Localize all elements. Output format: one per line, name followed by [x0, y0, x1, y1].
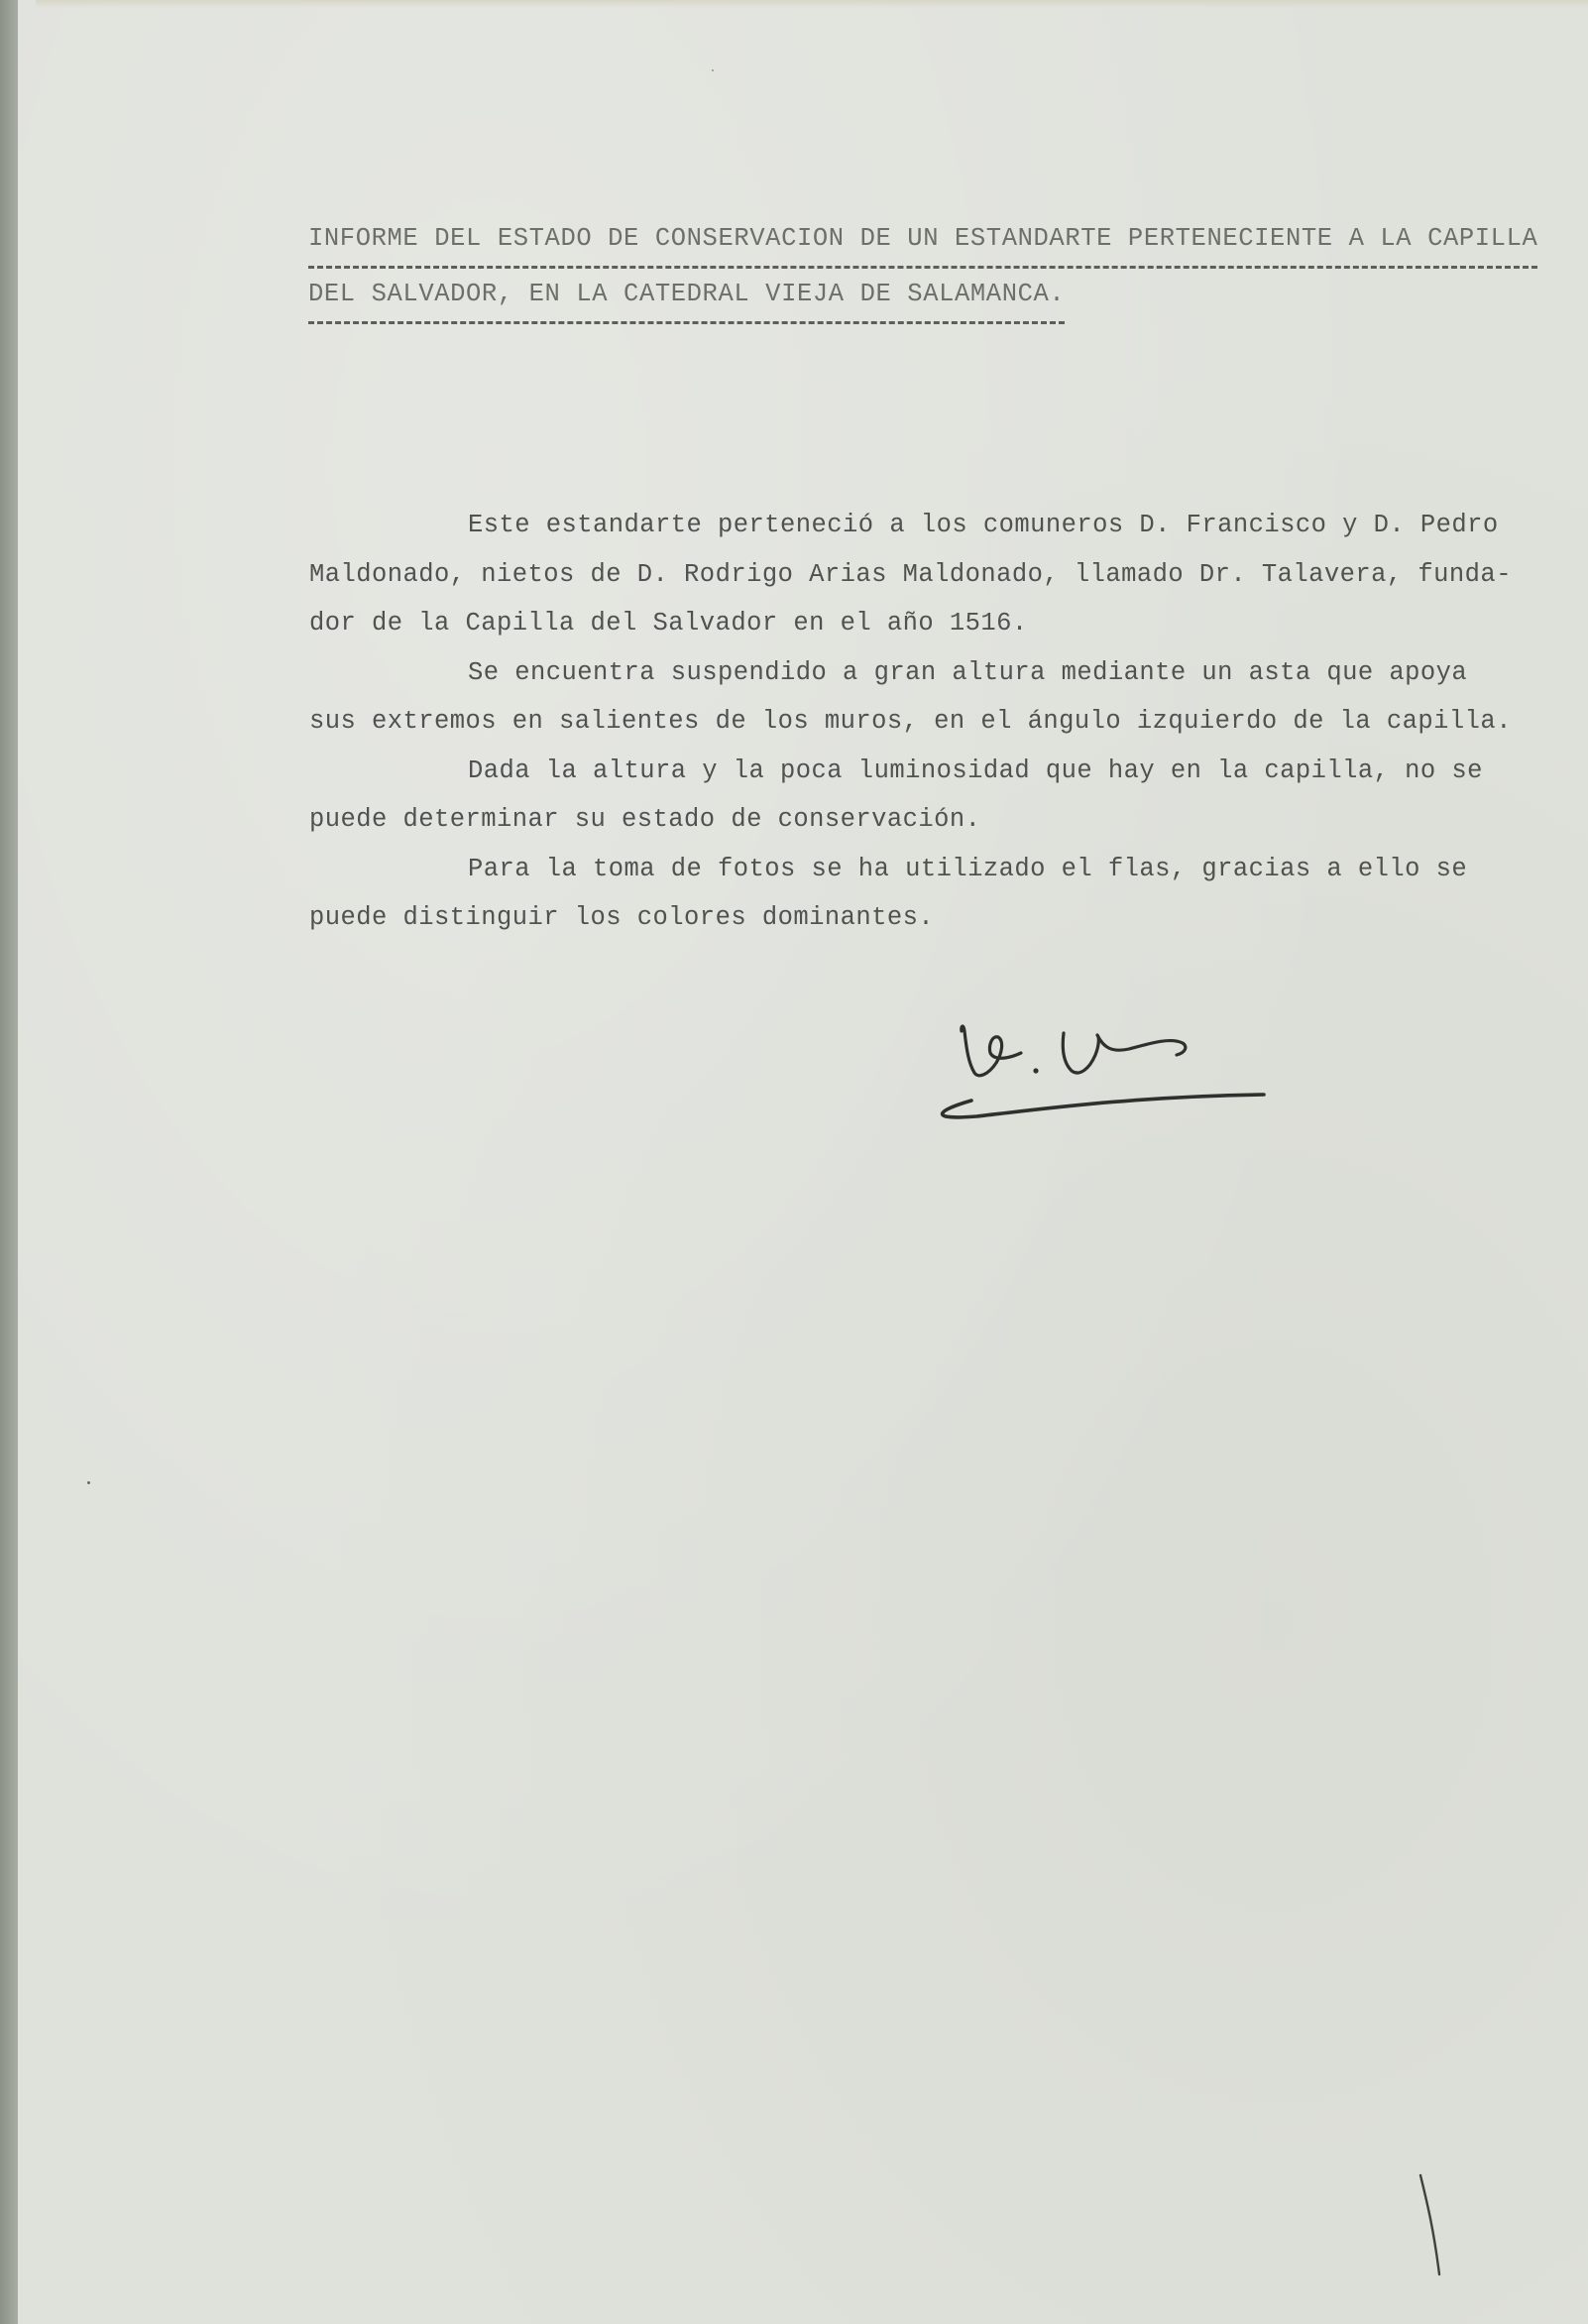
- paragraph-3: Dada la altura y la poca luminosidad que…: [309, 747, 1548, 845]
- title-line-1: INFORME DEL ESTADO DE CONSERVACION DE UN…: [308, 213, 1537, 269]
- title-line-2: DEL SALVADOR, EN LA CATEDRAL VIEJA DE SA…: [308, 269, 1065, 324]
- page-left-edge-shadow: [0, 0, 18, 2324]
- pen-stroke-mark-icon: [1416, 2171, 1445, 2280]
- paragraph-4-line-2: puede distinguir los colores dominantes.: [309, 893, 1548, 943]
- paragraph-1-line-3: dor de la Capilla del Salvador en el año…: [309, 599, 1548, 648]
- paragraph-2-line-2: sus extremos en salientes de los muros, …: [309, 697, 1548, 747]
- paragraph-1-line-1: Este estandarte perteneció a los comuner…: [309, 501, 1548, 550]
- ink-speck: [87, 1481, 90, 1484]
- paragraph-2: Se encuentra suspendido a gran altura me…: [309, 648, 1548, 747]
- paragraph-1-line-2: Maldonado, nietos de D. Rodrigo Arias Ma…: [309, 550, 1548, 600]
- document-title: INFORME DEL ESTADO DE CONSERVACION DE UN…: [308, 213, 1557, 324]
- paragraph-4: Para la toma de fotos se ha utilizado el…: [309, 845, 1548, 943]
- typewritten-document-page: [18, 0, 1588, 2324]
- paragraph-2-line-1: Se encuentra suspendido a gran altura me…: [309, 648, 1548, 698]
- handwritten-signature-icon: [917, 1001, 1294, 1120]
- paragraph-3-line-2: puede determinar su estado de conservaci…: [309, 795, 1548, 845]
- page-top-edge: [36, 0, 1588, 8]
- paper-speck: [712, 69, 714, 71]
- paragraph-1: Este estandarte perteneció a los comuner…: [309, 501, 1548, 648]
- paragraph-4-line-1: Para la toma de fotos se ha utilizado el…: [309, 845, 1548, 894]
- document-body: Este estandarte perteneció a los comuner…: [309, 501, 1548, 943]
- paragraph-3-line-1: Dada la altura y la poca luminosidad que…: [309, 747, 1548, 796]
